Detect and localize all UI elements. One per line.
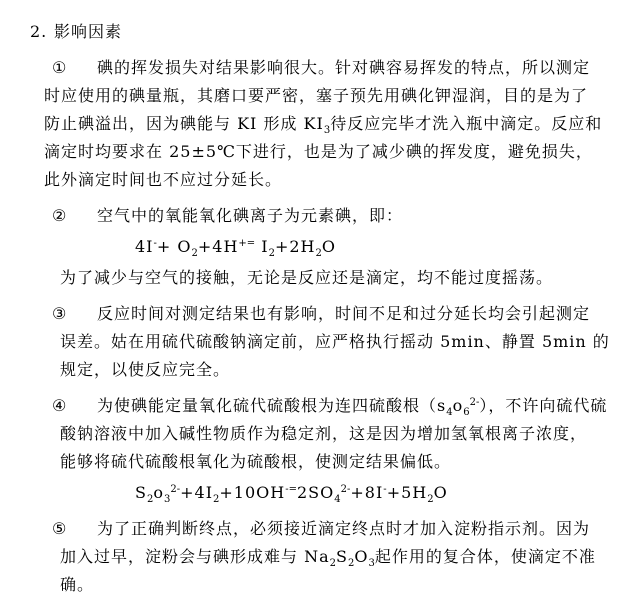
text-line: 为了减少与空气的接触，无论是反应还是滴定，均不能过度摇荡。	[28, 264, 623, 292]
subscript: 4	[446, 407, 452, 418]
subscript: 2	[192, 248, 198, 259]
superscript: -	[383, 484, 386, 495]
subscript: 3	[164, 494, 170, 505]
list-item: ⑤为了正确判断终点，必须接近滴定终点时才加入淀粉指示剂。因为加入过早，淀粉会与碘…	[28, 515, 623, 599]
superscript: -	[154, 238, 157, 249]
chemical-equation: S2o32-+4I2+10OH-=2SO42-+8I-+5H2O	[28, 479, 623, 507]
text-line: ④为使碘能定量氧化硫代硫酸根为连四硫酸根（s4o62-），不许向硫代硫	[28, 392, 623, 420]
subscript: 4	[334, 494, 340, 505]
subscript: 2	[316, 248, 322, 259]
superscript: +=	[238, 238, 255, 249]
text-line: 时应使用的碘量瓶，其磨口要严密，塞子预先用碘化钾湿润，目的是为了	[28, 82, 623, 110]
text-line: ②空气中的氧能氧化碘离子为元素碘，即：	[28, 202, 623, 230]
subscript: 2	[269, 248, 275, 259]
item-bullet: ①	[52, 54, 97, 82]
section-number: 2.	[30, 18, 54, 46]
item-bullet: ④	[52, 392, 97, 420]
text-line: ①碘的挥发损失对结果影响很大。针对碘容易挥发的特点，所以测定	[28, 54, 623, 82]
text-line: 酸钠溶液中加入碱性物质作为稳定剂，这是因为增加氢氧根离子浓度，	[28, 420, 623, 448]
text-line: 误差。姑在用硫代硫酸钠滴定前，应严格执行摇动 5min、静置 5min 的	[28, 328, 623, 356]
subscript: 2	[147, 494, 153, 505]
text-line: ③反应时间对测定结果也有影响，时间不足和过分延长均会引起测定	[28, 300, 623, 328]
text-line: 能够将硫代硫酸根氧化为硫酸根，使测定结果偏低。	[28, 448, 623, 476]
item-bullet: ③	[52, 300, 97, 328]
subscript: 3	[324, 125, 330, 136]
item-bullet: ⑤	[52, 515, 97, 543]
subscript: 3	[368, 558, 374, 569]
subscript: 2	[213, 494, 219, 505]
text-line: 防止碘溢出，因为碘能与 KI 形成 KI3待反应完毕才洗入瓶中滴定。反应和	[28, 110, 623, 138]
superscript: -=	[285, 484, 297, 495]
superscript: 2-	[470, 397, 480, 408]
superscript: 2-	[170, 484, 180, 495]
chemical-equation: 4I-+ O2+4H+= I2+2H2O	[28, 233, 623, 261]
text-line: 滴定时均要求在 25±5℃下进行，也是为了减少碘的挥发度，避免损失，	[28, 138, 623, 166]
list-item: ①碘的挥发损失对结果影响很大。针对碘容易挥发的特点，所以测定时应使用的碘量瓶，其…	[28, 54, 623, 194]
section-title: 影响因素	[54, 22, 122, 41]
document-page: 2.影响因素 ①碘的挥发损失对结果影响很大。针对碘容易挥发的特点，所以测定时应使…	[0, 0, 633, 609]
subscript: 2	[427, 494, 433, 505]
item-bullet: ②	[52, 202, 97, 230]
text-line: 此外滴定时间也不应过分延长。	[28, 166, 623, 194]
superscript: 2-	[341, 484, 351, 495]
subscript: 6	[463, 407, 469, 418]
list-item: ③反应时间对测定结果也有影响，时间不足和过分延长均会引起测定误差。姑在用硫代硫酸…	[28, 300, 623, 384]
subscript: 2	[348, 558, 354, 569]
subscript: 2	[330, 558, 336, 569]
text-line: ⑤为了正确判断终点，必须接近滴定终点时才加入淀粉指示剂。因为	[28, 515, 623, 543]
section-heading: 2.影响因素	[30, 18, 623, 46]
list-item: ②空气中的氧能氧化碘离子为元素碘，即：4I-+ O2+4H+= I2+2H2O为…	[28, 202, 623, 292]
items-container: ①碘的挥发损失对结果影响很大。针对碘容易挥发的特点，所以测定时应使用的碘量瓶，其…	[28, 54, 623, 599]
text-line: 规定，以使反应完全。	[28, 356, 623, 384]
text-line: 确。	[28, 571, 623, 599]
list-item: ④为使碘能定量氧化硫代硫酸根为连四硫酸根（s4o62-），不许向硫代硫酸钠溶液中…	[28, 392, 623, 507]
text-line: 加入过早，淀粉会与碘形成难与 Na2S2O3起作用的复合体，使滴定不准	[28, 543, 623, 571]
